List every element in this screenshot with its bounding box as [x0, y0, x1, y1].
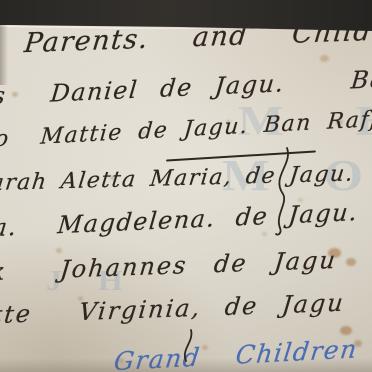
bottom-edge-shadow — [0, 358, 372, 372]
register-page-photo: M H M O U J H Parents. and Children s Da… — [0, 0, 372, 372]
entry-line-4: a. Magdelena. de Jagu. Ban — [0, 194, 372, 242]
left-edge-shadow — [0, 25, 8, 85]
